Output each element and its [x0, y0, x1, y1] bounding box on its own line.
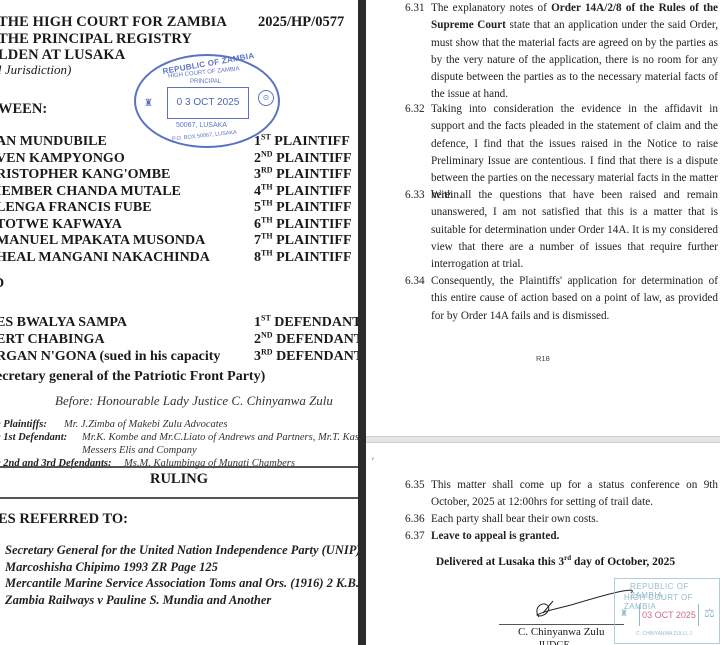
citation: Marcoshisha Chipimo 1993 ZR Page 125 — [5, 560, 218, 575]
delivery-statement: Delivered at Lusaka this 3rd day of Octo… — [366, 554, 720, 568]
paragraph-number: 6.37 — [405, 528, 425, 545]
ordinal-suffix: TH — [261, 198, 273, 207]
delivery-text: Delivered at Lusaka this 3 — [436, 556, 564, 568]
ruling-paragraph: 6.35This matter shall come up for a stat… — [405, 477, 718, 512]
page-break — [366, 436, 720, 443]
party-name: VEN KAMPYONGO — [0, 151, 125, 167]
ordinal-suffix: TH — [261, 215, 273, 224]
party-name: RISTOPHER KANG'OMBE — [0, 167, 170, 183]
party-role: 2ND PLAINTIFF — [254, 151, 352, 167]
counsel-value: Mr. J.Zimba of Makebi Zulu Advocates — [64, 419, 227, 430]
ordinal-suffix: RD — [261, 347, 273, 356]
counsel-label: e Plaintiffs: — [0, 419, 47, 430]
signature-line — [499, 624, 624, 625]
left-document-page: THE HIGH COURT FOR ZAMBIA 2025/HP/0577 T… — [0, 0, 358, 645]
stamp-principal: PRINCIPAL — [190, 79, 221, 85]
paragraph-number: 6.32 — [405, 101, 425, 118]
ordinal-suffix: TH — [261, 248, 273, 257]
ordinal-suffix: TH — [261, 182, 273, 191]
page-mark: ʹ — [372, 456, 374, 466]
counsel-value: Mr.K. Kombe and Mr.C.Liato of Andrews an… — [82, 432, 358, 443]
page-number: R18 — [536, 354, 550, 363]
defendant-capacity-note: ecretary general of the Patriotic Front … — [0, 369, 265, 385]
party-name: HEAL MANGANI NAKACHINDA — [0, 250, 210, 266]
party-row: VEN KAMPYONGO2ND PLAINTIFF — [0, 151, 356, 168]
paragraph-number: 6.33 — [405, 187, 425, 204]
paragraph-text: Consequently, the Plaintiffs' applicatio… — [431, 273, 718, 325]
divider-line — [0, 466, 358, 468]
paragraph-text: With all the questions that have been ra… — [431, 187, 718, 273]
ruling-paragraph: 6.31The explanatory notes of Order 14A/2… — [405, 0, 718, 104]
party-row: LENGA FRANCIS FUBE5TH PLAINTIFF — [0, 200, 356, 217]
party-role: 5TH PLAINTIFF — [254, 200, 352, 216]
case-number: 2025/HP/0577 — [258, 14, 344, 31]
citation: Zambia Railways v Pauline S. Mundia and … — [5, 593, 271, 608]
court-name: THE HIGH COURT FOR ZAMBIA — [0, 14, 227, 31]
ordinal-suffix: ND — [261, 330, 273, 339]
and-label: D — [0, 276, 4, 292]
seal-icon: ⊙ — [258, 90, 274, 106]
stamp-date: 03 OCT 2025 — [639, 604, 699, 626]
party-row: ERT CHABINGA2ND DEFENDANT — [0, 332, 356, 349]
party-role: 3RD PLAINTIFF — [254, 167, 352, 183]
party-role: 6TH PLAINTIFF — [254, 217, 352, 233]
party-name: ERT CHABINGA — [0, 332, 105, 348]
stamp-date: 0 3 OCT 2025 — [167, 87, 249, 119]
party-name: TOTWE KAFWAYA — [0, 217, 122, 233]
party-name: RGAN N'GONA (sued in his capacity — [0, 349, 220, 365]
divider-line — [0, 497, 358, 499]
between-label: WEEN: — [0, 101, 47, 118]
scales-of-justice-icon: ⚖ — [704, 606, 715, 620]
cases-referred-header: ES REFERRED TO: — [0, 511, 128, 528]
citation: Secretary General for the United Nation … — [5, 543, 358, 558]
ordinal-suffix: TH — [261, 231, 273, 240]
paragraph-text: Leave to appeal is granted. — [431, 528, 718, 545]
right-document-page: 6.31The explanatory notes of Order 14A/2… — [366, 0, 720, 645]
ordinal-suffix: RD — [261, 165, 273, 174]
ruling-paragraph: 6.34Consequently, the Plaintiffs' applic… — [405, 273, 718, 325]
party-role: 2ND DEFENDANT — [254, 332, 358, 348]
ruling-paragraph: 6.37Leave to appeal is granted. — [405, 528, 718, 545]
party-row: IEMBER CHANDA MUTALE4TH PLAINTIFF — [0, 184, 356, 201]
ordinal-suffix: ST — [261, 313, 271, 322]
party-role: 7TH PLAINTIFF — [254, 233, 352, 249]
signatory-title: JUDGE — [538, 640, 570, 645]
party-name: IEMBER CHANDA MUTALE — [0, 184, 181, 200]
paragraph-text: This matter shall come up for a status c… — [431, 477, 718, 512]
paragraph-number: 6.34 — [405, 273, 425, 290]
presiding-judge: Before: Honourable Lady Justice C. Chiny… — [55, 393, 333, 409]
party-role: 4TH PLAINTIFF — [254, 184, 352, 200]
jurisdiction: l Jurisdiction) — [0, 62, 71, 78]
party-name: LENGA FRANCIS FUBE — [0, 200, 152, 216]
registry-name: THE PRINCIPAL REGISTRY — [0, 31, 192, 48]
ruling-paragraph: 6.36Each party shall bear their own cost… — [405, 511, 718, 528]
party-role: 3RD DEFENDANT — [254, 349, 358, 365]
ruling-title: RULING — [0, 471, 358, 488]
party-name: MANUEL MPAKATA MUSONDA — [0, 233, 205, 249]
counsel-label: e 1st Defendant: — [0, 432, 67, 443]
counsel-value: Messers Elis and Company — [82, 445, 197, 456]
paragraph-number: 6.31 — [405, 0, 425, 17]
paragraph-number: 6.36 — [405, 511, 425, 528]
party-row: RISTOPHER KANG'OMBE3RD PLAINTIFF — [0, 167, 356, 184]
ordinal-suffix: ND — [261, 149, 273, 158]
signatory-name: C. Chinyanwa Zulu — [518, 626, 604, 638]
paragraph-number: 6.35 — [405, 477, 425, 494]
coat-of-arms-icon: ♜ — [620, 608, 628, 619]
party-role: 1ST PLAINTIFF — [254, 134, 350, 150]
party-row: HEAL MANGANI NAKACHINDA8TH PLAINTIFF — [0, 250, 356, 267]
judge-stamp: REPUBLIC OF ZAMBIA HIGH COURT OF ZAMBIA … — [614, 578, 720, 645]
paragraph-emphasis: Order 14A/2/8 of the Rules of the Suprem… — [431, 2, 718, 31]
stamp-bottom-text: 50067, LUSAKA — [176, 122, 227, 129]
stamp-judge-name: C. CHINYANWA ZULU, J — [636, 631, 692, 637]
paragraph-text: The explanatory notes of Order 14A/2/8 o… — [431, 0, 718, 104]
delivery-date: day of October, 2025 — [571, 556, 675, 568]
coat-of-arms-icon: ♜ — [144, 98, 153, 109]
page-split-divider — [358, 0, 366, 645]
paragraph-text: Each party shall bear their own costs. — [431, 511, 718, 528]
party-row: RGAN N'GONA (sued in his capacity3RD DEF… — [0, 349, 356, 366]
party-role: 8TH PLAINTIFF — [254, 250, 352, 266]
ruling-paragraph: 6.33With all the questions that have bee… — [405, 187, 718, 273]
party-row: MANUEL MPAKATA MUSONDA7TH PLAINTIFF — [0, 233, 356, 250]
party-name: ES BWALYA SAMPA — [0, 315, 127, 331]
party-name: AN MUNDUBILE — [0, 134, 107, 150]
citation: Mercantile Marine Service Association To… — [5, 576, 358, 591]
party-role: 1ST DEFENDANT — [254, 315, 358, 331]
party-row: AN MUNDUBILE1ST PLAINTIFF — [0, 134, 356, 151]
paragraph-emphasis: Leave to appeal is granted. — [431, 530, 559, 542]
ordinal-suffix: ST — [261, 132, 271, 141]
party-row: TOTWE KAFWAYA6TH PLAINTIFF — [0, 217, 356, 234]
counsel-row: e Plaintiffs:Mr. J.Zimba of Makebi Zulu … — [0, 419, 47, 430]
party-row: ES BWALYA SAMPA1ST DEFENDANT — [0, 315, 356, 332]
counsel-row: e 1st Defendant:Mr.K. Kombe and Mr.C.Lia… — [0, 432, 67, 443]
